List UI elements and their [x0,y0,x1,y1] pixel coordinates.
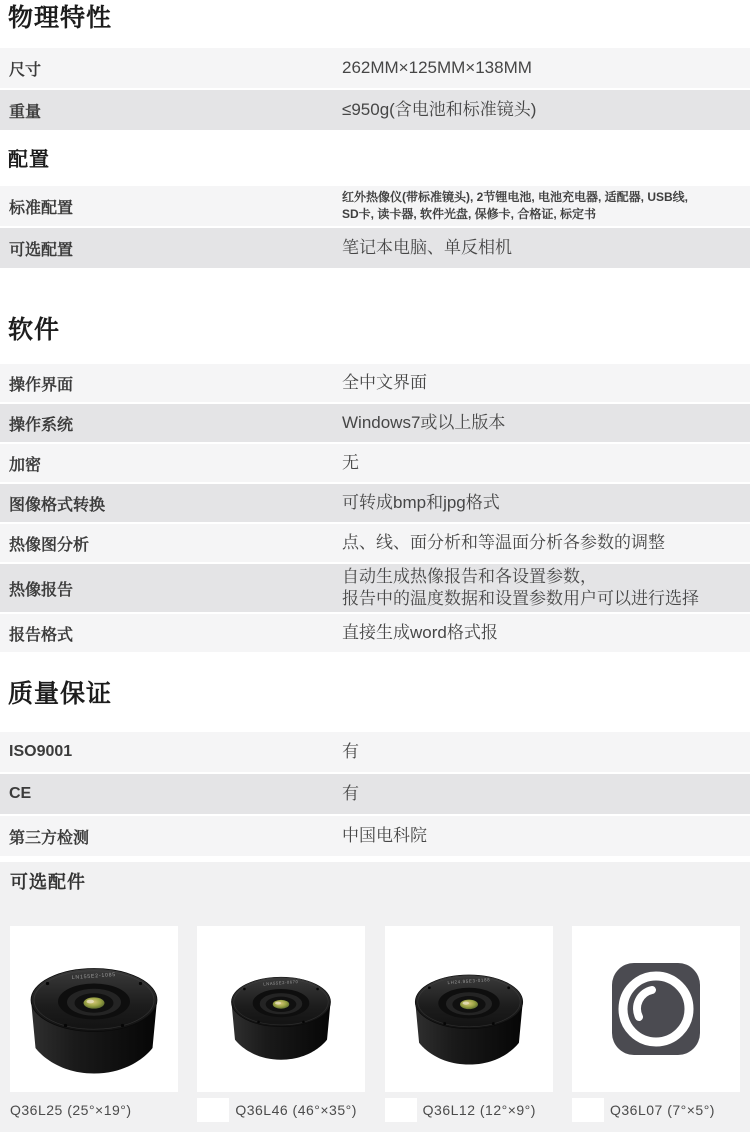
image-placeholder [197,1098,229,1122]
spec-label: CE [0,785,342,803]
spec-page: 物理特性 尺寸 262MM×125MM×138MM 重量 ≤950g(含电池和标… [0,0,750,1132]
section-config: 配置 标准配置 红外热像仪(带标准镜头), 2节锂电池, 电池充电器, 适配器,… [0,146,750,268]
spec-row-image-format: 图像格式转换 可转成bmp和jpg格式 [0,484,750,522]
spec-value: 笔记本电脑、单反相机 [342,237,750,259]
spec-value: 红外热像仪(带标准镜头), 2节锂电池, 电池充电器, 适配器, USB线, S… [342,189,750,223]
accessory-label-q36l07: Q36L07 (7°×5°) [572,1098,740,1122]
spec-row-optional-config: 可选配置 笔记本电脑、单反相机 [0,228,750,268]
spec-label: 热像图分析 [0,532,342,555]
accessory-name: Q36L07 (7°×5°) [610,1102,715,1118]
spec-value: 自动生成热像报告和各设置参数， 报告中的温度数据和设置参数用户可以进行选择 [342,566,750,610]
spec-row-standard-config: 标准配置 红外热像仪(带标准镜头), 2节锂电池, 电池充电器, 适配器, US… [0,186,750,226]
lens-photo: LN155E2-1085 [19,937,169,1081]
spec-row-dimensions: 尺寸 262MM×125MM×138MM [0,48,750,88]
section-title-software: 软件 [0,314,750,346]
spec-label: 标准配置 [0,195,342,218]
spec-value: 可转成bmp和jpg格式 [342,492,750,514]
section-quality: 质量保证 ISO9001 有 CE 有 第三方检测 中国电科院 [0,678,750,856]
spec-label: 操作系统 [0,412,342,435]
accessory-card-q36l25[interactable]: LN155E2-1085 [10,926,178,1092]
accessory-label-q36l12: Q36L12 (12°×9°) [385,1098,553,1122]
section-title-config: 配置 [0,146,750,174]
spec-value: 无 [342,452,750,474]
spec-row-iso9001: ISO9001 有 [0,732,750,772]
spec-label: 报告格式 [0,622,342,645]
spec-row-ce: CE 有 [0,774,750,814]
accessory-name: Q36L12 (12°×9°) [423,1102,536,1118]
spec-value: 点、线、面分析和等温面分析各参数的调整 [342,532,750,554]
section-accessories: 可选配件 LN155E2-1085 [0,862,750,1132]
spec-row-os: 操作系统 Windows7或以上版本 [0,404,750,442]
section-title-physical: 物理特性 [0,2,750,34]
lens-photo: LH24.95E3-0188 [405,948,533,1071]
spec-value: 有 [342,783,750,805]
spec-value: 中国电科院 [342,825,750,847]
lens-photo: LNA55E2-0670 [222,952,340,1066]
spec-row-encryption: 加密 无 [0,444,750,482]
accessory-label-q36l25: Q36L25 (25°×19°) [10,1098,178,1122]
spec-table-config: 标准配置 红外热像仪(带标准镜头), 2节锂电池, 电池充电器, 适配器, US… [0,186,750,268]
accessory-card-q36l12[interactable]: LH24.95E3-0188 [385,926,553,1092]
spec-label: 可选配置 [0,237,342,260]
spec-table-software: 操作界面 全中文界面 操作系统 Windows7或以上版本 加密 无 图像格式转… [0,364,750,652]
section-title-accessories: 可选配件 [10,870,740,894]
accessory-card-q36l07[interactable] [572,926,740,1092]
camera-lens-icon [610,959,702,1059]
accessory-card-q36l46[interactable]: LNA55E2-0670 [197,926,365,1092]
spec-row-ui-language: 操作界面 全中文界面 [0,364,750,402]
spec-label: 重量 [0,99,342,122]
accessory-name: Q36L46 (46°×35°) [235,1102,357,1118]
spec-row-thermal-analysis: 热像图分析 点、线、面分析和等温面分析各参数的调整 [0,524,750,562]
accessory-labels: Q36L25 (25°×19°) Q36L46 (46°×35°) Q36L12… [10,1098,740,1122]
spec-table-quality: ISO9001 有 CE 有 第三方检测 中国电科院 [0,732,750,856]
spec-value: 262MM×125MM×138MM [342,57,750,79]
spec-label: 第三方检测 [0,825,342,848]
spec-value: 全中文界面 [342,372,750,394]
spec-value: 有 [342,741,750,763]
spec-table-physical: 尺寸 262MM×125MM×138MM 重量 ≤950g(含电池和标准镜头) [0,48,750,130]
accessory-cards: LN155E2-1085 LNA55E2-0670 [10,926,740,1092]
image-placeholder [572,1098,604,1122]
spec-label: 操作界面 [0,372,342,395]
accessory-label-q36l46: Q36L46 (46°×35°) [197,1098,365,1122]
spec-value: 直接生成word格式报 [342,622,750,644]
section-software: 软件 操作界面 全中文界面 操作系统 Windows7或以上版本 加密 无 图像… [0,314,750,652]
spec-label: 尺寸 [0,57,342,80]
spec-value: Windows7或以上版本 [342,412,750,434]
spec-label: 热像报告 [0,577,342,600]
spec-label: 图像格式转换 [0,492,342,515]
image-placeholder [385,1098,417,1122]
accessory-name: Q36L25 (25°×19°) [10,1102,132,1118]
spec-label: ISO9001 [0,743,342,761]
spec-row-third-party: 第三方检测 中国电科院 [0,816,750,856]
spec-row-thermal-report: 热像报告 自动生成热像报告和各设置参数， 报告中的温度数据和设置参数用户可以进行… [0,564,750,612]
section-physical: 物理特性 尺寸 262MM×125MM×138MM 重量 ≤950g(含电池和标… [0,0,750,130]
spec-row-weight: 重量 ≤950g(含电池和标准镜头) [0,90,750,130]
spec-row-report-format: 报告格式 直接生成word格式报 [0,614,750,652]
section-title-quality: 质量保证 [0,678,750,710]
spec-label: 加密 [0,452,342,475]
spec-value: ≤950g(含电池和标准镜头) [342,99,750,121]
